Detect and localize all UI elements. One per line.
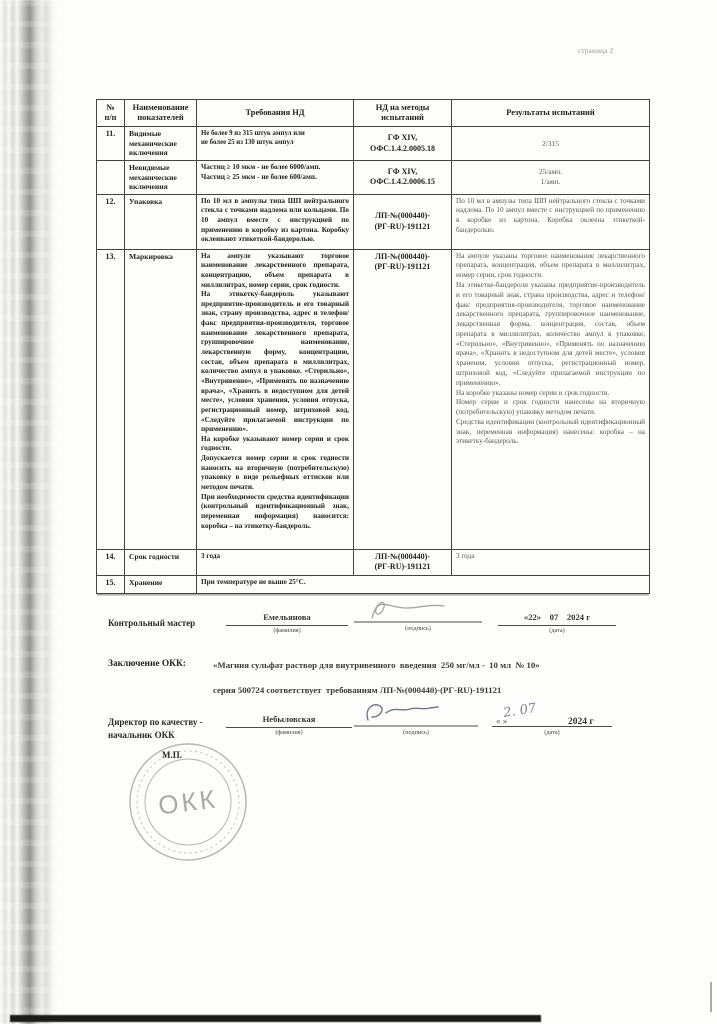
row-num: 12. [97,194,125,249]
row-requirement: 3 года [197,549,354,575]
table-row-shelf-life: 14. Срок годности 3 года ЛП-№(000440)- (… [97,549,650,575]
row-name: Срок годности [125,549,197,575]
row-name: Упаковка [125,194,197,249]
row-method: ГФ XIV, ОФС.1.4.2.0005.18 [354,127,452,161]
row-requirement: На ампуле указывают торговое наименовани… [197,249,354,549]
director-surname: Небыловская [226,714,352,728]
inspector-surname: Емельянова [226,612,348,626]
row-num: 15. [97,575,125,593]
director-role-label: Директор по качеству - начальник ОКК [108,716,203,742]
row-name: Маркировка [125,249,197,549]
inspector-surname-field: Емельянова (фамилия) [226,612,348,634]
scan-right-edge-mark [710,982,712,1012]
inspector-date: «22» 07 2024 г [498,612,616,626]
mp-seal-label: М.П. [162,750,182,760]
page-number: страница 2 [578,47,613,55]
table-row-packaging: 12. Упаковка По 10 мл в ампулы типа ШП н… [97,194,650,249]
row-result: 2/315 [452,127,650,161]
okk-conclusion-line1: «Магния сульфат раствор для внутривенног… [213,660,540,670]
scanned-qc-protocol-page: страница 2 № п/п Наименование показателе… [0,0,717,1024]
col-header-num: № п/п [97,100,125,127]
okk-conclusion-line2: серия 500724 соответствует требованиям Л… [213,685,501,695]
date-caption: (дата) [498,627,616,634]
scan-bottom-bar-artifact [10,1015,541,1022]
inspector-signature-icon [352,596,484,624]
col-header-method: НД на методы испытаний [354,100,452,127]
date-quote-marks: « » [496,716,507,726]
table-row-visible-inclusions: 11. Видимые механические включения Не бо… [97,127,650,161]
table-row-storage: 15. Хранение При температуре не выше 25°… [97,575,650,593]
director-surname-field: Небыловская (фамилия) [226,714,352,736]
inspector-date-field: «22» 07 2024 г (дата) [498,612,616,634]
row-method: ЛП-№(000440)- (РГ-RU)-191121 [354,194,452,249]
col-header-result: Результаты испытаний [452,100,650,127]
surname-caption: (фамилия) [226,627,348,634]
table-header-row: № п/п Наименование показателей Требовани… [97,100,650,127]
row-requirement: Частиц ≥ 10 мкм - не более 6000/амп. Час… [197,161,354,194]
director-signature-icon [352,700,480,728]
row-method: ЛП-№(000440)- (РГ-RU)-191121 [354,249,452,549]
signature-caption: (подпись) [352,729,480,736]
table-row-invisible-inclusions: Невидимые механические включения Частиц … [97,161,650,194]
row-requirement: Не более 9 из 315 штук ампул или не боле… [197,127,354,161]
surname-caption: (фамилия) [226,729,352,736]
inspector-role-label: Контрольный мастер [108,617,195,630]
table-row-marking: 13. Маркировка На ампуле указывают торго… [97,249,650,549]
row-result: На ампуле указаны торговое наименование … [452,249,650,549]
row-num: 11. [97,127,125,161]
inspector-signature-field: (подпись) [352,596,484,632]
signature-caption: (подпись) [352,625,484,632]
test-results-table: № п/п Наименование показателей Требовани… [96,99,650,594]
stamp-center-text: ОКК [157,783,220,820]
director-signature-field: (подпись) [352,700,480,736]
row-name: Видимые механические включения [125,127,197,161]
row-method: ГФ XIV, ОФС.1.4.2.0006.15 [354,161,452,194]
director-date-field: 2. 07 « » 2024 г (дата) [490,702,614,736]
row-name: Невидимые механические включения [125,161,197,194]
director-date-handwriting: 2. 07 « » 2024 г [490,702,614,728]
col-header-name: Наименование показателей [125,100,197,127]
row-num [97,161,125,194]
col-header-req: Требования НД [197,100,354,127]
row-name: Хранение [125,575,197,593]
row-num: 14. [97,549,125,575]
row-requirement: При температуре не выше 25°С. [197,575,650,593]
row-method: ЛП-№(000440)- (РГ-RU)-191121 [354,549,452,575]
date-caption: (дата) [490,729,614,736]
row-requirement: По 10 мл в ампулы типа ШП нейтрального с… [197,194,354,249]
okk-round-stamp: ОКК [117,731,259,873]
date-year: 2024 г [568,717,594,727]
row-num: 13. [97,249,125,549]
row-result: По 10 мл в ампулы типа ШП нейтрального с… [452,194,650,249]
row-result: 25/амп. 1/амп. [452,161,650,194]
row-result: 3 года [452,549,650,575]
okk-conclusion-label: Заключение ОКК: [108,659,186,669]
scan-binding-artifact [0,0,60,1024]
